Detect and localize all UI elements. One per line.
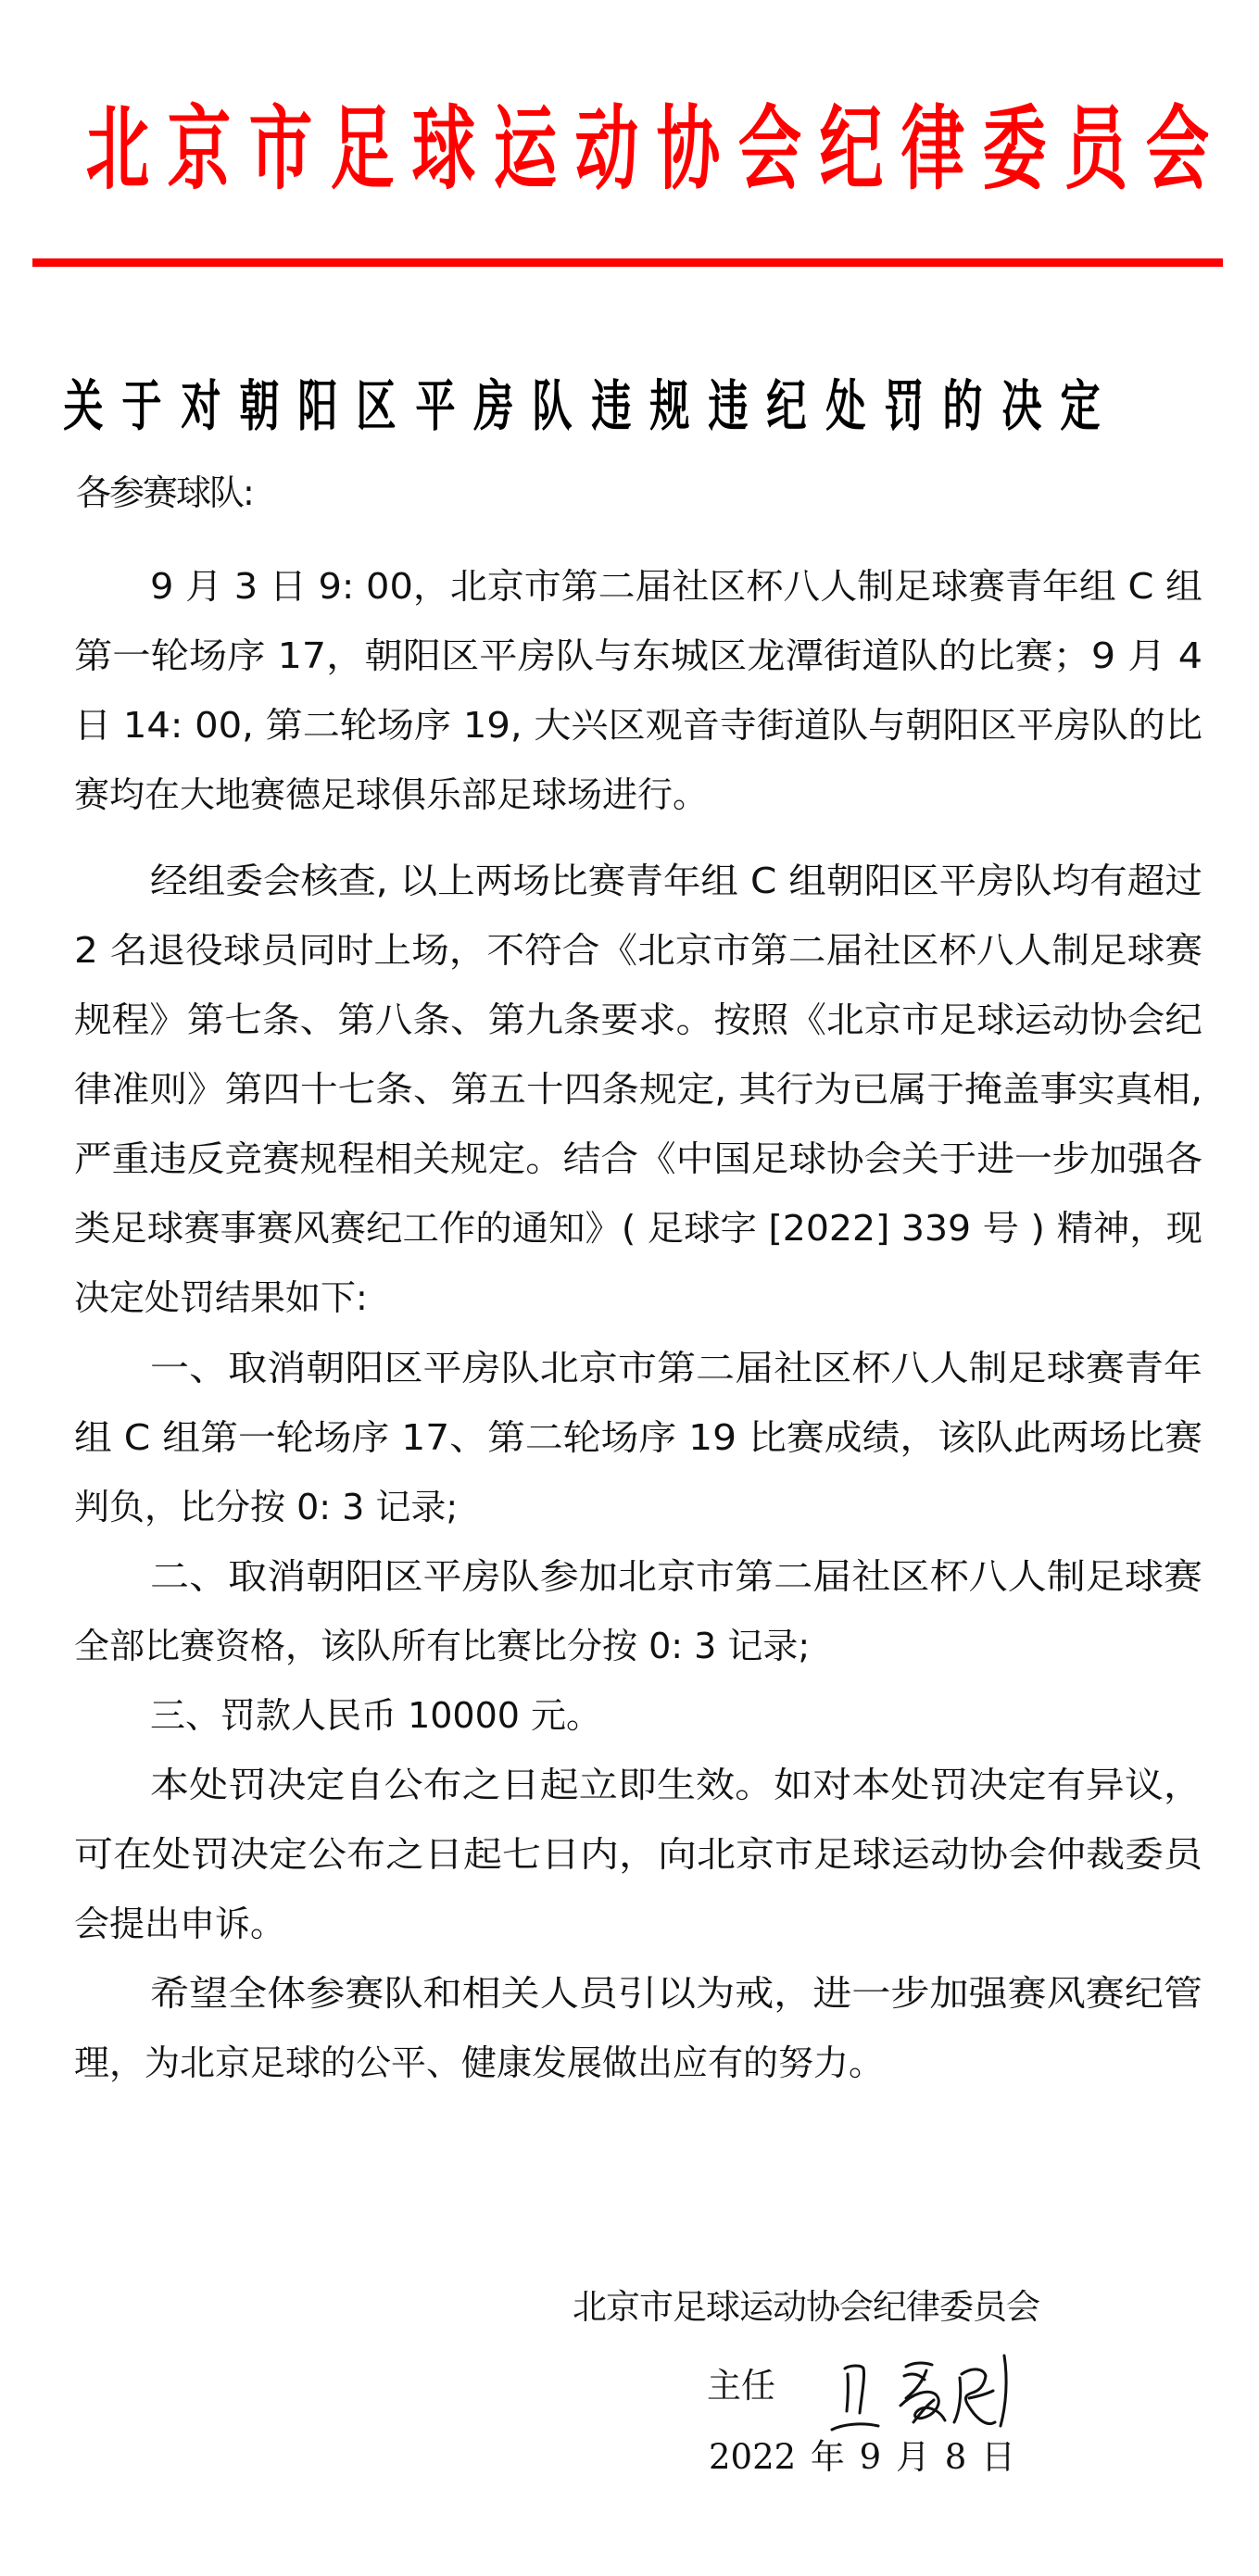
letterhead-char: 协	[657, 94, 721, 202]
title-char: 违	[708, 363, 748, 442]
paragraph-line: 可在处罚决定公布之日起七日内，向北京市足球运动协会仲裁委员	[74, 1820, 1202, 1890]
letterhead-char: 委	[983, 94, 1047, 202]
line-text: 会提出申诉。	[74, 1890, 285, 1959]
title-char: 区	[357, 363, 397, 442]
paragraph-line: 2 名退役球员同时上场，不符合《北京市第二届社区杯八人制足球赛	[74, 916, 1202, 986]
title-char: 平	[415, 363, 455, 442]
letterhead-char: 市	[249, 94, 313, 202]
line-text: 三、罚款人民币 10000 元。	[150, 1681, 601, 1751]
handwritten-signature	[797, 2348, 1010, 2436]
title-char: 朝	[239, 363, 279, 442]
letterhead-title: 北京市足球运动协会纪律委员会	[77, 100, 1173, 196]
line-text: 决定处罚结果如下:	[74, 1263, 368, 1333]
title-char: 阳	[298, 363, 338, 442]
title-char: 房	[473, 363, 513, 442]
line-text: 二、取消朝阳区平房队参加北京市第二届社区杯八人制足球赛	[150, 1542, 1202, 1612]
director-label: 主任	[707, 2363, 775, 2409]
line-text: 规程》第七条、第八条、第九条要求。按照《北京市足球运动协会纪	[74, 986, 1202, 1055]
letterhead-rule	[32, 258, 1223, 267]
line-text: 全部比赛资格，该队所有比赛比分按 0: 3 记录;	[74, 1612, 810, 1681]
line-text: 理，为北京足球的公平、健康发展做出应有的努力。	[74, 2029, 884, 2098]
paragraph-line: 决定处罚结果如下:	[74, 1263, 1202, 1333]
title-char: 关	[63, 363, 103, 442]
paragraph-line: 三、罚款人民币 10000 元。	[74, 1681, 1202, 1751]
letterhead-char: 会	[1146, 94, 1210, 202]
line-text: 希望全体参赛队和相关人员引以为戒，进一步加强赛风赛纪管	[150, 1959, 1202, 2029]
letterhead-char: 律	[901, 94, 965, 202]
paragraph-line: 一、取消朝阳区平房队北京市第二届社区杯八人制足球赛青年	[74, 1334, 1202, 1403]
line-text: 第一轮场序 17，朝阳区平房队与东城区龙潭街道队的比赛；9 月 4	[74, 622, 1202, 691]
letterhead-char: 员	[1064, 94, 1128, 202]
letterhead-char: 纪	[820, 94, 884, 202]
line-text: 2 名退役球员同时上场，不符合《北京市第二届社区杯八人制足球赛	[74, 916, 1202, 986]
paragraph-1: 9 月 3 日 9: 00，北京市第二届社区杯八人制足球赛青年组 C 组第一轮场…	[74, 552, 1202, 830]
title-char: 的	[943, 363, 983, 442]
paragraph-line: 日 14: 00, 第二轮场序 19, 大兴区观音寺街道队与朝阳区平房队的比	[74, 691, 1202, 760]
paragraph-line: 类足球赛事赛风赛纪工作的通知》( 足球字 [2022] 339 号 ) 精神，现	[74, 1194, 1202, 1263]
letterhead-char: 会	[738, 94, 802, 202]
letterhead-char: 运	[494, 94, 558, 202]
paragraph-line: 会提出申诉。	[74, 1890, 1202, 1959]
paragraph-line: 9 月 3 日 9: 00，北京市第二届社区杯八人制足球赛青年组 C 组	[74, 552, 1202, 622]
line-text: 9 月 3 日 9: 00，北京市第二届社区杯八人制足球赛青年组 C 组	[150, 552, 1202, 622]
paragraph-3: 一、取消朝阳区平房队北京市第二届社区杯八人制足球赛青年组 C 组第一轮场序 17…	[74, 1334, 1202, 1542]
title-char: 队	[533, 363, 573, 442]
signature-date: 2022 年 9 月 8 日	[709, 2434, 1015, 2481]
paragraph-line: 组 C 组第一轮场序 17、第二轮场序 19 比赛成绩，该队此两场比赛	[74, 1403, 1202, 1473]
letterhead-char: 球	[412, 94, 476, 202]
document-title: 关于对朝阳区平房队违规违纪处罚的决定	[58, 369, 1105, 435]
line-text: 本处罚决定自公布之日起立即生效。如对本处罚决定有异议，	[150, 1751, 1202, 1820]
paragraph-line: 本处罚决定自公布之日起立即生效。如对本处罚决定有异议，	[74, 1751, 1202, 1820]
paragraph-line: 全部比赛资格，该队所有比赛比分按 0: 3 记录;	[74, 1612, 1202, 1681]
paragraph-4: 二、取消朝阳区平房队参加北京市第二届社区杯八人制足球赛全部比赛资格，该队所有比赛…	[74, 1542, 1202, 1681]
paragraph-5: 三、罚款人民币 10000 元。	[74, 1681, 1202, 1751]
line-text: 经组委会核查, 以上两场比赛青年组 C 组朝阳区平房队均有超过	[150, 847, 1202, 916]
line-text: 可在处罚决定公布之日起七日内，向北京市足球运动协会仲裁委员	[74, 1820, 1202, 1890]
signature-organization: 北京市足球运动协会纪律委员会	[573, 2284, 1039, 2331]
title-char: 定	[1060, 363, 1100, 442]
line-text: 判负，比分按 0: 3 记录;	[74, 1473, 458, 1542]
paragraph-line: 严重违反竞赛规程相关规定。结合《中国足球协会关于进一步加强各	[74, 1125, 1202, 1194]
paragraph-line: 第一轮场序 17，朝阳区平房队与东城区龙潭街道队的比赛；9 月 4	[74, 622, 1202, 691]
line-text: 一、取消朝阳区平房队北京市第二届社区杯八人制足球赛青年	[150, 1334, 1202, 1403]
letterhead-char: 北	[86, 94, 150, 202]
line-text: 赛均在大地赛德足球俱乐部足球场进行。	[74, 760, 708, 830]
paragraph-2: 经组委会核查, 以上两场比赛青年组 C 组朝阳区平房队均有超过2 名退役球员同时…	[74, 847, 1202, 1333]
letterhead-char: 足	[331, 94, 395, 202]
paragraph-line: 律准则》第四十七条、第五十四条规定, 其行为已属于掩盖事实真相,	[74, 1055, 1202, 1125]
paragraph-line: 规程》第七条、第八条、第九条要求。按照《北京市足球运动协会纪	[74, 986, 1202, 1055]
letterhead-char: 动	[575, 94, 639, 202]
line-text: 类足球赛事赛风赛纪工作的通知》( 足球字 [2022] 339 号 ) 精神，现	[74, 1194, 1202, 1263]
paragraph-line: 赛均在大地赛德足球俱乐部足球场进行。	[74, 760, 1202, 830]
letterhead-char: 京	[168, 94, 232, 202]
paragraph-6: 本处罚决定自公布之日起立即生效。如对本处罚决定有异议，可在处罚决定公布之日起七日…	[74, 1751, 1202, 1959]
salutation: 各参赛球队:	[76, 471, 253, 515]
line-text: 组 C 组第一轮场序 17、第二轮场序 19 比赛成绩，该队此两场比赛	[74, 1403, 1202, 1473]
title-char: 规	[649, 363, 689, 442]
line-text: 日 14: 00, 第二轮场序 19, 大兴区观音寺街道队与朝阳区平房队的比	[74, 691, 1202, 760]
line-text: 严重违反竞赛规程相关规定。结合《中国足球协会关于进一步加强各	[74, 1125, 1202, 1194]
title-char: 对	[181, 363, 220, 442]
title-char: 纪	[767, 363, 807, 442]
paragraph-line: 二、取消朝阳区平房队参加北京市第二届社区杯八人制足球赛	[74, 1542, 1202, 1612]
paragraph-line: 希望全体参赛队和相关人员引以为戒，进一步加强赛风赛纪管	[74, 1959, 1202, 2029]
paragraph-line: 理，为北京足球的公平、健康发展做出应有的努力。	[74, 2029, 1202, 2098]
title-char: 于	[122, 363, 162, 442]
paragraph-line: 判负，比分按 0: 3 记录;	[74, 1473, 1202, 1542]
line-text: 律准则》第四十七条、第五十四条规定, 其行为已属于掩盖事实真相,	[74, 1055, 1202, 1125]
paragraph-7: 希望全体参赛队和相关人员引以为戒，进一步加强赛风赛纪管理，为北京足球的公平、健康…	[74, 1959, 1202, 2098]
title-char: 罚	[884, 363, 924, 442]
title-char: 违	[591, 363, 631, 442]
title-char: 处	[825, 363, 865, 442]
paragraph-line: 经组委会核查, 以上两场比赛青年组 C 组朝阳区平房队均有超过	[74, 847, 1202, 916]
title-char: 决	[1001, 363, 1041, 442]
